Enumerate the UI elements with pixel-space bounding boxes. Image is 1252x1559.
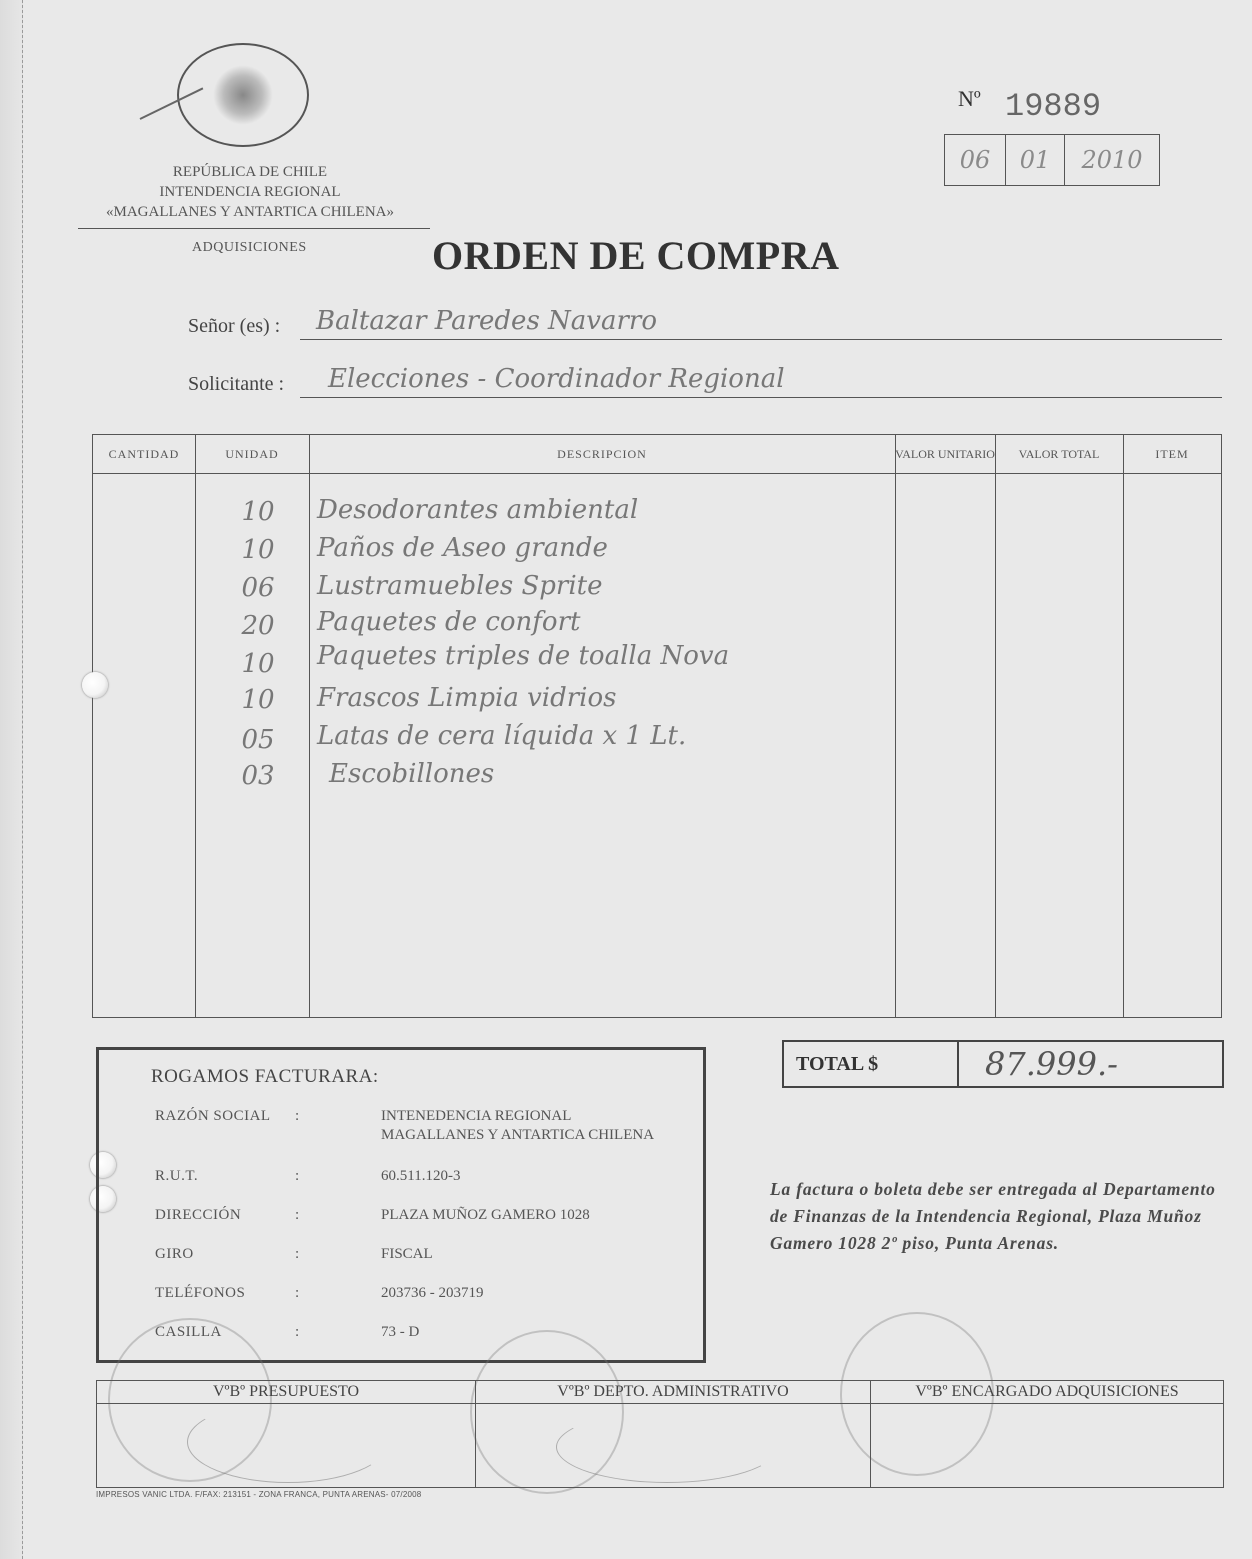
billing-value: PLAZA MUÑOZ GAMERO 1028	[381, 1207, 590, 1224]
regional-seal-icon	[177, 43, 309, 147]
signature-header: VºBº ENCARGADO ADQUISICIONES	[871, 1381, 1223, 1404]
paper-left-edge	[0, 0, 23, 1559]
billing-value: INTENEDENCIA REGIONAL	[381, 1108, 571, 1125]
issuer-line-1: REPÚBLICA DE CHILE	[80, 162, 420, 182]
header-unidad: UNIDAD	[195, 435, 309, 473]
header-valor-total: VALOR TOTAL	[995, 435, 1123, 473]
header-cantidad: CANTIDAD	[93, 435, 195, 473]
header-descripcion: DESCRIPCION	[309, 435, 895, 473]
invoice-delivery-notice: La factura o boleta debe ser entregada a…	[770, 1176, 1230, 1257]
solicitante-underline	[300, 397, 1222, 398]
department-label: ADQUISICIONES	[192, 240, 307, 256]
billing-separator: :	[295, 1246, 299, 1263]
approval-signatures-table: VºBº PRESUPUESTO VºBº DEPTO. ADMINISTRAT…	[96, 1380, 1224, 1488]
row-descripcion: Latas de cera líquida x 1 Lt.	[317, 721, 686, 751]
date-year[interactable]: 2010	[1065, 135, 1159, 185]
billing-separator: :	[295, 1285, 299, 1302]
senor-field: Señor (es) : Baltazar Paredes Navarro	[188, 310, 1222, 340]
signature-presupuesto[interactable]: VºBº PRESUPUESTO	[97, 1381, 476, 1487]
signature-encargado-adquisiciones[interactable]: VºBº ENCARGADO ADQUISICIONES	[871, 1381, 1223, 1487]
solicitante-label: Solicitante :	[188, 373, 284, 396]
col-cantidad	[93, 435, 196, 1017]
date-day[interactable]: 06	[945, 135, 1006, 185]
issuer-heading: REPÚBLICA DE CHILE INTENDENCIA REGIONAL …	[80, 162, 420, 222]
total-box: TOTAL $ 87.999.-	[782, 1040, 1224, 1088]
col-valor-total	[995, 435, 1124, 1017]
row-unidad: 06	[223, 573, 293, 603]
billing-separator: :	[295, 1168, 299, 1185]
row-descripcion: Paquetes de confort	[317, 607, 580, 637]
punch-hole-icon	[82, 672, 108, 698]
header-valor-unitario: VALOR UNITARIO	[895, 435, 995, 473]
billing-label: R.U.T.	[155, 1168, 285, 1185]
billing-label: GIRO	[155, 1246, 285, 1263]
total-value[interactable]: 87.999.-	[959, 1042, 1222, 1086]
row-descripcion: Paquetes triples de toalla Nova	[317, 641, 729, 671]
order-date-box: 06 01 2010	[944, 134, 1160, 186]
row-descripcion: Escobillones	[329, 759, 494, 789]
billing-separator: :	[295, 1207, 299, 1224]
header-item: ITEM	[1123, 435, 1221, 473]
billing-label: TELÉFONOS	[155, 1285, 285, 1302]
items-table: CANTIDAD UNIDAD DESCRIPCION VALOR UNITAR…	[92, 434, 1222, 1018]
row-unidad: 03	[223, 761, 293, 791]
billing-separator: :	[295, 1324, 299, 1341]
row-unidad: 10	[223, 497, 293, 527]
billing-label: RAZÓN SOCIAL	[155, 1108, 285, 1125]
table-header-rule	[93, 473, 1221, 474]
billing-label: DIRECCIÓN	[155, 1207, 285, 1224]
total-label: TOTAL $	[784, 1042, 959, 1086]
billing-value-line-2: MAGALLANES Y ANTARTICA CHILENA	[381, 1127, 654, 1144]
row-descripcion: Lustramuebles Sprite	[317, 571, 603, 601]
row-unidad: 10	[223, 649, 293, 679]
header-divider	[78, 228, 430, 229]
row-descripcion: Paños de Aseo grande	[317, 533, 608, 563]
row-unidad: 20	[223, 611, 293, 641]
order-number-label: Nº	[958, 86, 981, 112]
printer-footer: IMPRESOS VANIC LTDA. F/FAX: 213151 - ZON…	[96, 1490, 421, 1499]
issuer-line-2: INTENDENCIA REGIONAL	[80, 182, 420, 202]
billing-separator: :	[295, 1108, 299, 1125]
row-descripcion: Frascos Limpia vidrios	[317, 683, 616, 713]
billing-value: 203736 - 203719	[381, 1285, 484, 1302]
signature-scribble-icon	[556, 1411, 778, 1483]
billing-info-box: ROGAMOS FACTURARA: RAZÓN SOCIAL : INTENE…	[96, 1047, 706, 1363]
signature-depto-administrativo[interactable]: VºBº DEPTO. ADMINISTRATIVO	[476, 1381, 871, 1487]
issuer-line-3: «MAGALLANES Y ANTARTICA CHILENA»	[80, 202, 420, 222]
signature-scribble-icon	[187, 1401, 389, 1483]
col-valor-unitario	[895, 435, 996, 1017]
senor-underline	[300, 339, 1222, 340]
row-descripcion: Desodorantes ambiental	[317, 495, 638, 525]
document-title: ORDEN DE COMPRA	[432, 232, 839, 279]
billing-value: 60.511.120-3	[381, 1168, 460, 1185]
date-month[interactable]: 01	[1006, 135, 1065, 185]
order-number: 19889	[1005, 88, 1101, 125]
billing-value: 73 - D	[381, 1324, 419, 1341]
signature-header: VºBº DEPTO. ADMINISTRATIVO	[476, 1381, 870, 1404]
senor-label: Señor (es) :	[188, 315, 280, 338]
billing-title: ROGAMOS FACTURARA:	[151, 1066, 379, 1088]
solicitante-value[interactable]: Elecciones - Coordinador Regional	[328, 364, 785, 394]
row-unidad: 10	[223, 685, 293, 715]
row-unidad: 05	[223, 725, 293, 755]
billing-value: FISCAL	[381, 1246, 433, 1263]
solicitante-field: Solicitante : Elecciones - Coordinador R…	[188, 368, 1222, 398]
row-unidad: 10	[223, 535, 293, 565]
senor-value[interactable]: Baltazar Paredes Navarro	[316, 306, 657, 336]
